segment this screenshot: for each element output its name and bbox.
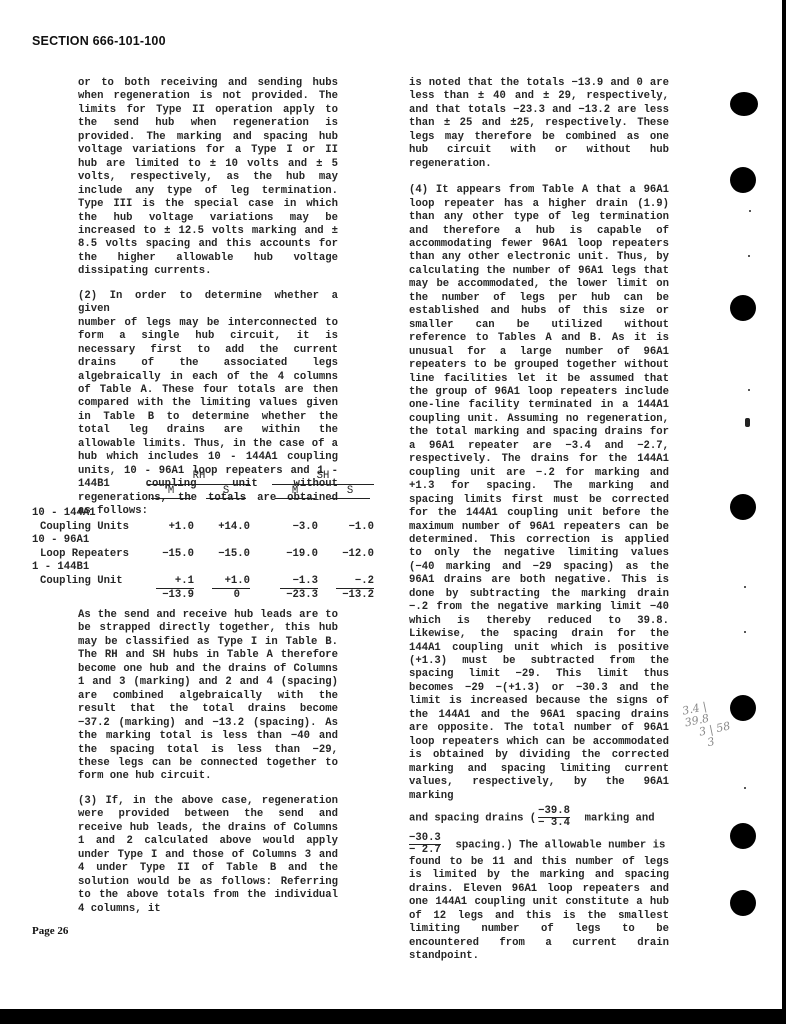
- speck: [744, 586, 746, 588]
- paragraph-4-body: loop repeater has a higher drain (1.9) t…: [409, 198, 669, 802]
- row-label-qty: 10 - 144A1: [32, 507, 378, 521]
- cell-value: +1.0: [212, 575, 250, 590]
- speck: [745, 418, 750, 427]
- punch-hole-icon: [730, 494, 756, 520]
- table-group-header-row: RH SH: [32, 470, 378, 485]
- table-row: Loop Repeaters −15.0 −15.0 −19.0 −12.0: [32, 548, 378, 562]
- cell-value: −.2: [336, 575, 374, 590]
- sub-header-rh-m: M: [151, 485, 191, 500]
- sub-header-rh-s: S: [206, 485, 246, 500]
- cell-value: +.1: [156, 575, 194, 590]
- row-label: Coupling Unit: [32, 575, 144, 590]
- paragraph-4-lead: (4) It appears from Table A that a 96A1: [409, 184, 669, 197]
- cell-value: −1.0: [322, 521, 378, 535]
- punch-hole-icon: [730, 890, 756, 916]
- left-column-lower: As the send and receive hub leads are to…: [78, 609, 338, 916]
- table-row: 10 - 96A1: [32, 534, 378, 548]
- table-row: 1 - 144B1: [32, 561, 378, 575]
- table-row: Coupling Unit +.1 +1.0 −1.3 −.2: [32, 575, 378, 590]
- total-value: 0: [198, 589, 254, 603]
- fraction-line-1: and spacing drains (−39.8− 3.4 marking a…: [409, 806, 669, 829]
- right-column: is noted that the totals −13.9 and 0 are…: [409, 77, 669, 964]
- speck: [748, 255, 750, 257]
- fraction-denominator: − 2.7: [409, 845, 441, 856]
- cell-value: +14.0: [198, 521, 254, 535]
- cell-value: −12.0: [322, 548, 378, 562]
- paragraph-4: (4) It appears from Table A that a 96A1l…: [409, 184, 669, 803]
- table-sub-header-row: M S M S: [32, 485, 378, 500]
- paragraph-3: (3) If, in the above case, regenerationw…: [78, 795, 338, 916]
- punch-hole-icon: [730, 823, 756, 849]
- row-label-qty: 1 - 144B1: [32, 561, 378, 575]
- punch-hole-icon: [730, 695, 756, 721]
- cell-value: −15.0: [198, 548, 254, 562]
- speck: [748, 389, 750, 391]
- fraction-spacing: −30.3− 2.7: [409, 833, 441, 856]
- row-label: Loop Repeaters: [32, 548, 144, 562]
- fraction-suffix: spacing.) The allowable number is: [456, 839, 666, 851]
- cell-value: −15.0: [144, 548, 198, 562]
- fraction-line-2: −30.3− 2.7 spacing.) The allowable numbe…: [409, 833, 669, 856]
- paragraph-strapped: As the send and receive hub leads are to…: [78, 609, 338, 784]
- group-header-sh: SH: [272, 470, 374, 485]
- table-row: Coupling Units +1.0 +14.0 −3.0 −1.0: [32, 521, 378, 535]
- left-column: or to both receiving and sending hubs wh…: [78, 77, 338, 519]
- section-header: SECTION 666-101-100: [32, 34, 166, 48]
- fraction-prefix: and spacing drains (: [409, 812, 536, 824]
- total-value: −13.9: [144, 589, 198, 603]
- punch-hole-icon: [730, 295, 756, 321]
- cell-value: −1.3: [280, 575, 318, 590]
- drain-totals-table: RH SH M S M S 10 - 144A1 Coupling Units …: [32, 470, 378, 603]
- table-row: 10 - 144A1: [32, 507, 378, 521]
- total-value: −13.2: [322, 589, 378, 603]
- total-value: −23.3: [268, 589, 322, 603]
- group-header-rh: RH: [148, 470, 250, 485]
- punch-hole-icon: [730, 167, 756, 193]
- scan-edge-right: [782, 0, 786, 1024]
- sub-header-sh-s: S: [330, 485, 370, 500]
- row-label-qty: 10 - 96A1: [32, 534, 378, 548]
- punch-hole-icon: [730, 92, 758, 116]
- fraction-suffix: marking and: [585, 812, 655, 824]
- paragraph-2-lead: (2) In order to determine whether a give…: [78, 290, 338, 317]
- cell-value: −19.0: [268, 548, 322, 562]
- paragraph-3-lead: (3) If, in the above case, regeneration: [78, 795, 338, 808]
- page-number: Page 26: [32, 925, 68, 937]
- paragraph-totals-noted: is noted that the totals −13.9 and 0 are…: [409, 77, 669, 171]
- cell-value: −3.0: [268, 521, 322, 535]
- paragraph-hub-limits: or to both receiving and sending hubs wh…: [78, 77, 338, 279]
- cell-value: +1.0: [144, 521, 198, 535]
- speck: [744, 787, 746, 789]
- paragraph-3-body: were provided between the send and recei…: [78, 808, 338, 914]
- paragraph-4-conclusion: found to be 11 and this number of legs i…: [409, 856, 669, 964]
- speck: [744, 631, 746, 633]
- sub-header-sh-m: M: [275, 485, 315, 500]
- scan-edge-bottom: [0, 1009, 786, 1024]
- fraction-marking: −39.8− 3.4: [538, 806, 570, 829]
- speck: [749, 210, 751, 212]
- fraction-denominator: − 3.4: [538, 818, 570, 829]
- table-totals-row: −13.9 0 −23.3 −13.2: [32, 589, 378, 603]
- row-label: Coupling Units: [32, 521, 144, 535]
